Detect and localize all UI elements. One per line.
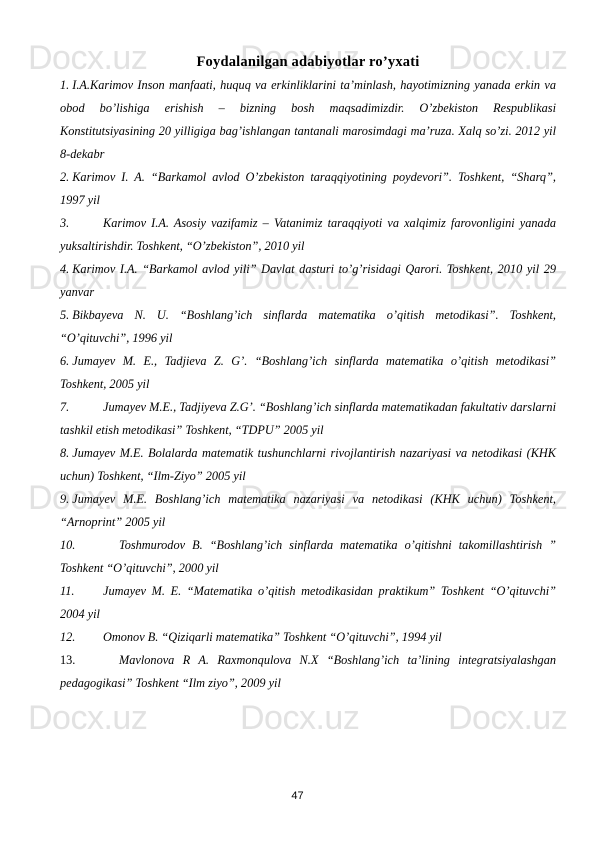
reference-item: 12.Omonov B. “Qiziqarli matematika” Tosh…: [60, 626, 556, 649]
reference-text: Jumayev M. E. “Matematika o’qitish metod…: [60, 584, 556, 621]
reference-number: 11.: [60, 580, 100, 603]
reference-text: Jumayev M.E., Tadjiyeva Z.G’. “Boshlang’…: [60, 400, 556, 437]
reference-text: Karimov I.A. “Barkamol avlod yili” Davla…: [60, 262, 556, 299]
reference-text: Toshmurodov B. “Boshlang’ich sinflarda m…: [60, 538, 556, 575]
reference-text: Bikbayeva N. U. “Boshlang’ich sinflarda …: [60, 308, 556, 345]
reference-item: 1.I.A.Karimov Inson manfaati, huquq va e…: [60, 74, 556, 166]
reference-number: 2.: [60, 170, 69, 184]
reference-text: I.A.Karimov Inson manfaati, huquq va erk…: [60, 78, 556, 161]
reference-item: 10.Toshmurodov B. “Boshlang’ich sinflard…: [60, 534, 556, 580]
reference-number: 7.: [60, 396, 100, 419]
reference-number: 6.: [60, 354, 69, 368]
reference-item: 4.Karimov I.A. “Barkamol avlod yili” Dav…: [60, 258, 556, 304]
reference-number: 5.: [60, 308, 69, 322]
reference-text: Mavlonova R A. Raxmonqulova N.X “Boshlan…: [60, 653, 556, 690]
reference-number: 4.: [60, 262, 69, 276]
reference-item: 6.Jumayev M. E., Tadjieva Z. G’. “Boshla…: [60, 350, 556, 396]
reference-text: Omonov B. “Qiziqarli matematika” Toshken…: [103, 630, 442, 644]
reference-item: 13.Mavlonova R A. Raxmonqulova N.X “Bosh…: [60, 649, 556, 695]
reference-item: 5.Bikbayeva N. U. “Boshlang’ich sinflard…: [60, 304, 556, 350]
page-number: 47: [0, 790, 595, 802]
reference-number: 13.: [60, 649, 116, 672]
reference-text: Karimov I. A. “Barkamol avlod O’zbekisto…: [60, 170, 556, 207]
watermark: Docx.uz: [240, 704, 359, 732]
reference-number: 3.: [60, 212, 100, 235]
reference-item: 2.Karimov I. A. “Barkamol avlod O’zbekis…: [60, 166, 556, 212]
reference-item: 7.Jumayev M.E., Tadjiyeva Z.G’. “Boshlan…: [60, 396, 556, 442]
watermark: Docx.uz: [448, 704, 567, 732]
reference-number: 10.: [60, 534, 116, 557]
reference-list: 1.I.A.Karimov Inson manfaati, huquq va e…: [60, 74, 556, 695]
reference-text: Jumayev M. E., Tadjieva Z. G’. “Boshlang…: [60, 354, 556, 391]
reference-text: Karimov I.A. Asosiy vazifamiz – Vatanimi…: [60, 216, 556, 253]
reference-item: 8.Jumayev M.E. Bolalarda matematik tushu…: [60, 442, 556, 488]
page-title: Foydalanilgan adabiyotlar ro’yxati: [60, 50, 556, 74]
document-body: Foydalanilgan adabiyotlar ro’yxati 1.I.A…: [60, 50, 556, 695]
reference-number: 8.: [60, 446, 69, 460]
reference-text: Jumayev M.E. Boshlang’ich matematika naz…: [60, 492, 556, 529]
reference-number: 9.: [60, 492, 69, 506]
reference-text: Jumayev M.E. Bolalarda matematik tushunc…: [60, 446, 556, 483]
reference-number: 1.: [60, 78, 69, 92]
document-page: Docx.uz Docx.uz Docx.uz Docx.uz Docx.uz …: [0, 0, 595, 842]
reference-item: 11.Jumayev M. E. “Matematika o’qitish me…: [60, 580, 556, 626]
reference-item: 9.Jumayev M.E. Boshlang’ich matematika n…: [60, 488, 556, 534]
reference-number: 12.: [60, 626, 100, 649]
reference-item: 3.Karimov I.A. Asosiy vazifamiz – Vatani…: [60, 212, 556, 258]
watermark: Docx.uz: [28, 704, 147, 732]
